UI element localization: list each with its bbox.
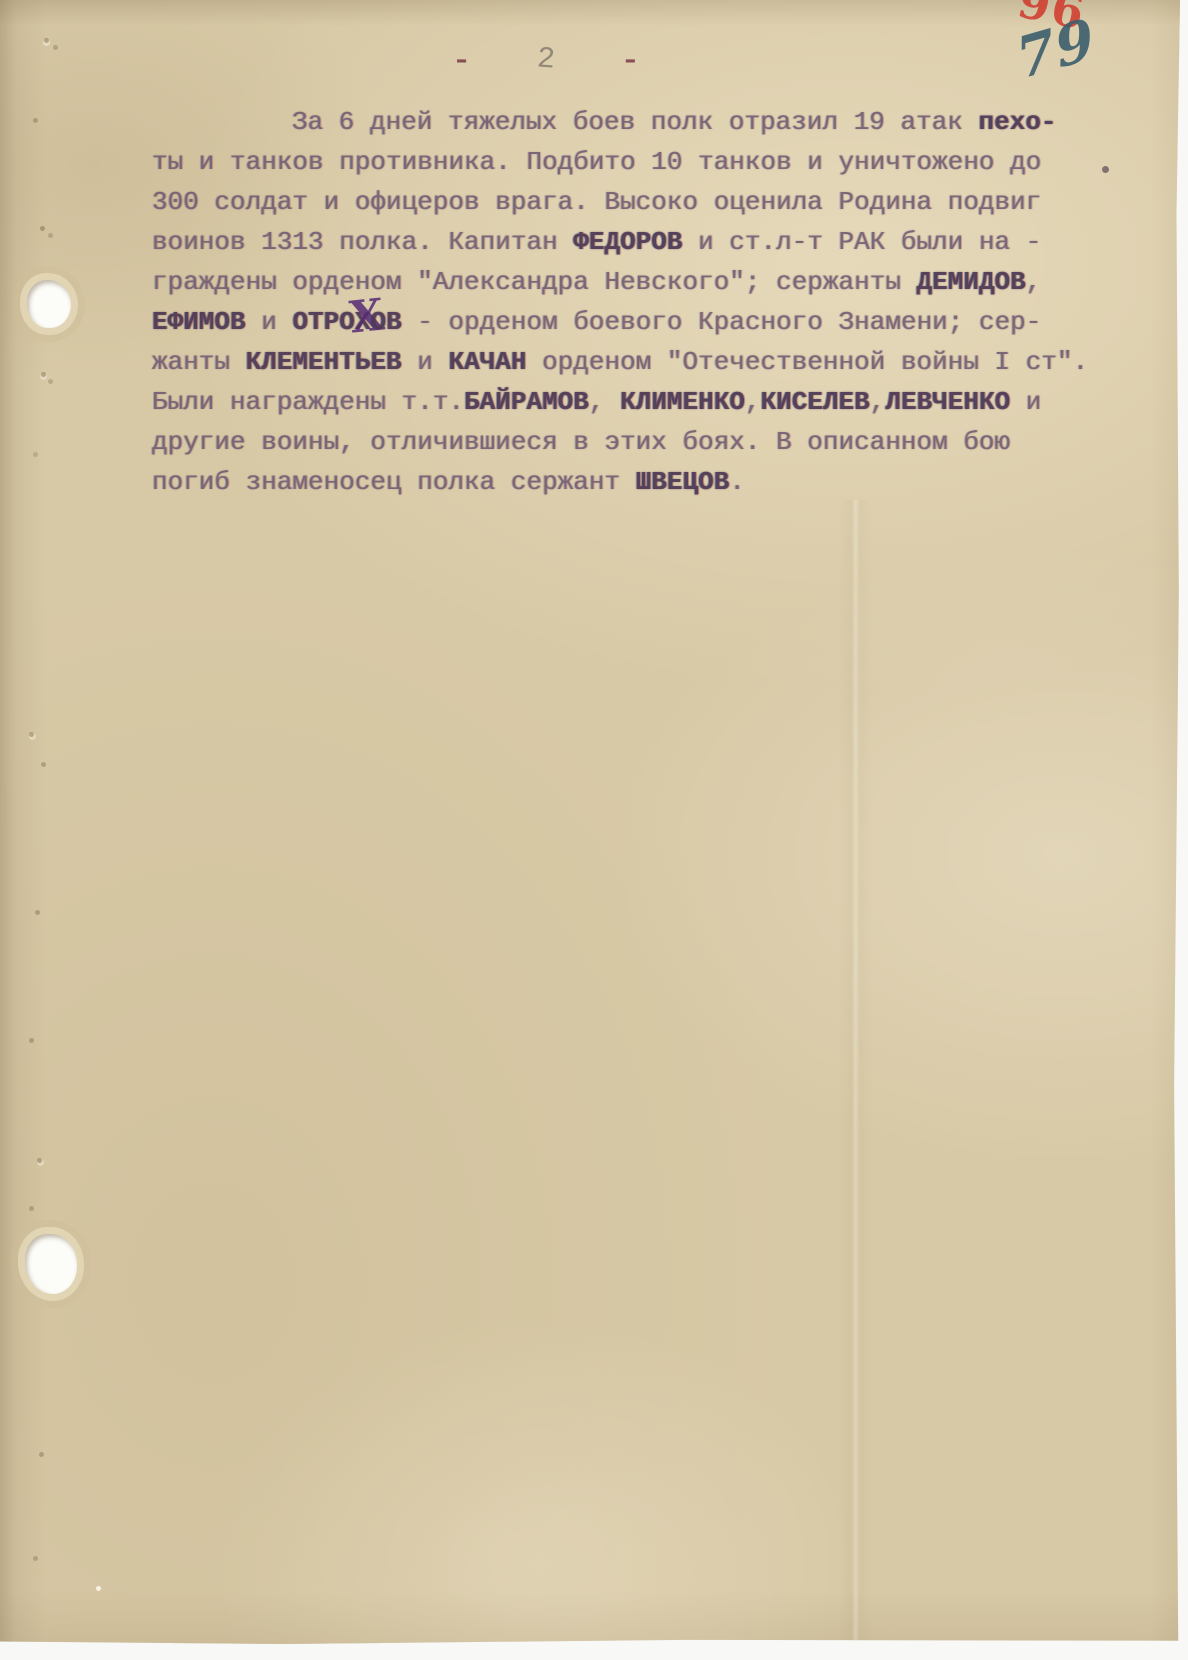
text-segment: жанты <box>152 347 246 377</box>
emphasized-name: ХХ <box>355 302 371 342</box>
emphasized-name: БАЙРАМОВ <box>464 387 589 417</box>
emphasized-name: пехо- <box>979 107 1057 137</box>
emphasized-name: ДЕМИДОВ <box>917 267 1026 297</box>
text-line: другие воины, отличившиеся в этих боях. … <box>152 422 1127 462</box>
text-segment: орденом "Отечественной войны I ст". <box>526 347 1088 377</box>
text-line: погиб знаменосец полка сержант ШВЕЦОВ. <box>152 462 1127 502</box>
text-segment: и <box>246 307 293 337</box>
punch-hole-top <box>27 280 71 328</box>
text-segment: и <box>1010 387 1041 417</box>
text-segment: и ст.л-т РАК были на - <box>683 227 1042 257</box>
page-number-header: - 2 - <box>452 40 640 80</box>
text-segment: Были награждены т.т. <box>152 387 464 417</box>
emphasized-name: КАЧАН <box>448 347 526 377</box>
emphasized-name: ЕФИМОВ <box>152 307 246 337</box>
text-segment: воинов 1313 полка. Капитан <box>152 227 573 257</box>
text-segment: , <box>1026 267 1042 297</box>
scan-background: { "document": { "page_number_header": { … <box>0 0 1188 1660</box>
text-segment: граждены орденом "Александра Невского"; … <box>152 267 917 297</box>
text-line: граждены орденом "Александра Невского"; … <box>152 262 1127 302</box>
text-segment: ты и танков противника. Подбито 10 танко… <box>152 147 1041 177</box>
emphasized-name: ОТРО <box>292 307 354 337</box>
emphasized-name: ЛЕВЧЕНКО <box>885 387 1010 417</box>
emphasized-name: ШВЕЦОВ <box>636 467 730 497</box>
text-line: Были награждены т.т.БАЙРАМОВ, КЛИМЕНКО,К… <box>152 382 1127 422</box>
paper-crease <box>838 500 872 1644</box>
emphasized-name: КИСЕЛЕВ <box>761 387 870 417</box>
text-segment: , <box>745 387 761 417</box>
text-segment: 300 солдат и офицеров врага. Высоко оцен… <box>152 187 1041 217</box>
text-line: воинов 1313 полка. Капитан ФЕДОРОВ и ст.… <box>152 222 1127 262</box>
document-page: - 2 - 96 79 За 6 дней тяжелых боев полк … <box>0 0 1180 1644</box>
text-segment: - орденом боевого Красного Знамени; сер- <box>402 307 1042 337</box>
punch-hole-bottom <box>25 1234 77 1294</box>
text-segment: и <box>402 347 449 377</box>
emphasized-name: ФЕДОРОВ <box>573 227 682 257</box>
ink-speck <box>1102 166 1109 173</box>
header-dash-right: - <box>621 45 640 75</box>
text-segment: , <box>589 387 620 417</box>
text-line: 300 солдат и офицеров врага. Высоко оцен… <box>152 182 1127 222</box>
text-segment: , <box>870 387 886 417</box>
header-dash-left: - <box>452 45 471 75</box>
stitch-marks <box>0 0 5 5</box>
text-line: ЕФИМОВ и ОТРОХХОВ - орденом боевого Крас… <box>152 302 1127 342</box>
text-line: жанты КЛЕМЕНТЬЕВ и КАЧАН орденом "Отечес… <box>152 342 1127 382</box>
text-segment: погиб знаменосец полка сержант <box>152 467 636 497</box>
typewritten-paragraph: За 6 дней тяжелых боев полк отразил 19 а… <box>152 102 1127 502</box>
emphasized-name: КЛИМЕНКО <box>620 387 745 417</box>
emphasized-name: КЛЕМЕНТЬЕВ <box>246 347 402 377</box>
text-line: За 6 дней тяжелых боев полк отразил 19 а… <box>152 102 1127 142</box>
header-page-number: 2 <box>536 42 556 77</box>
text-segment: За 6 дней тяжелых боев полк отразил 19 а… <box>292 107 979 137</box>
text-segment: другие воины, отличившиеся в этих боях. … <box>152 427 1010 457</box>
text-line: ты и танков противника. Подбито 10 танко… <box>152 142 1127 182</box>
emphasized-name: ОВ <box>370 307 401 337</box>
text-segment: . <box>729 467 745 497</box>
